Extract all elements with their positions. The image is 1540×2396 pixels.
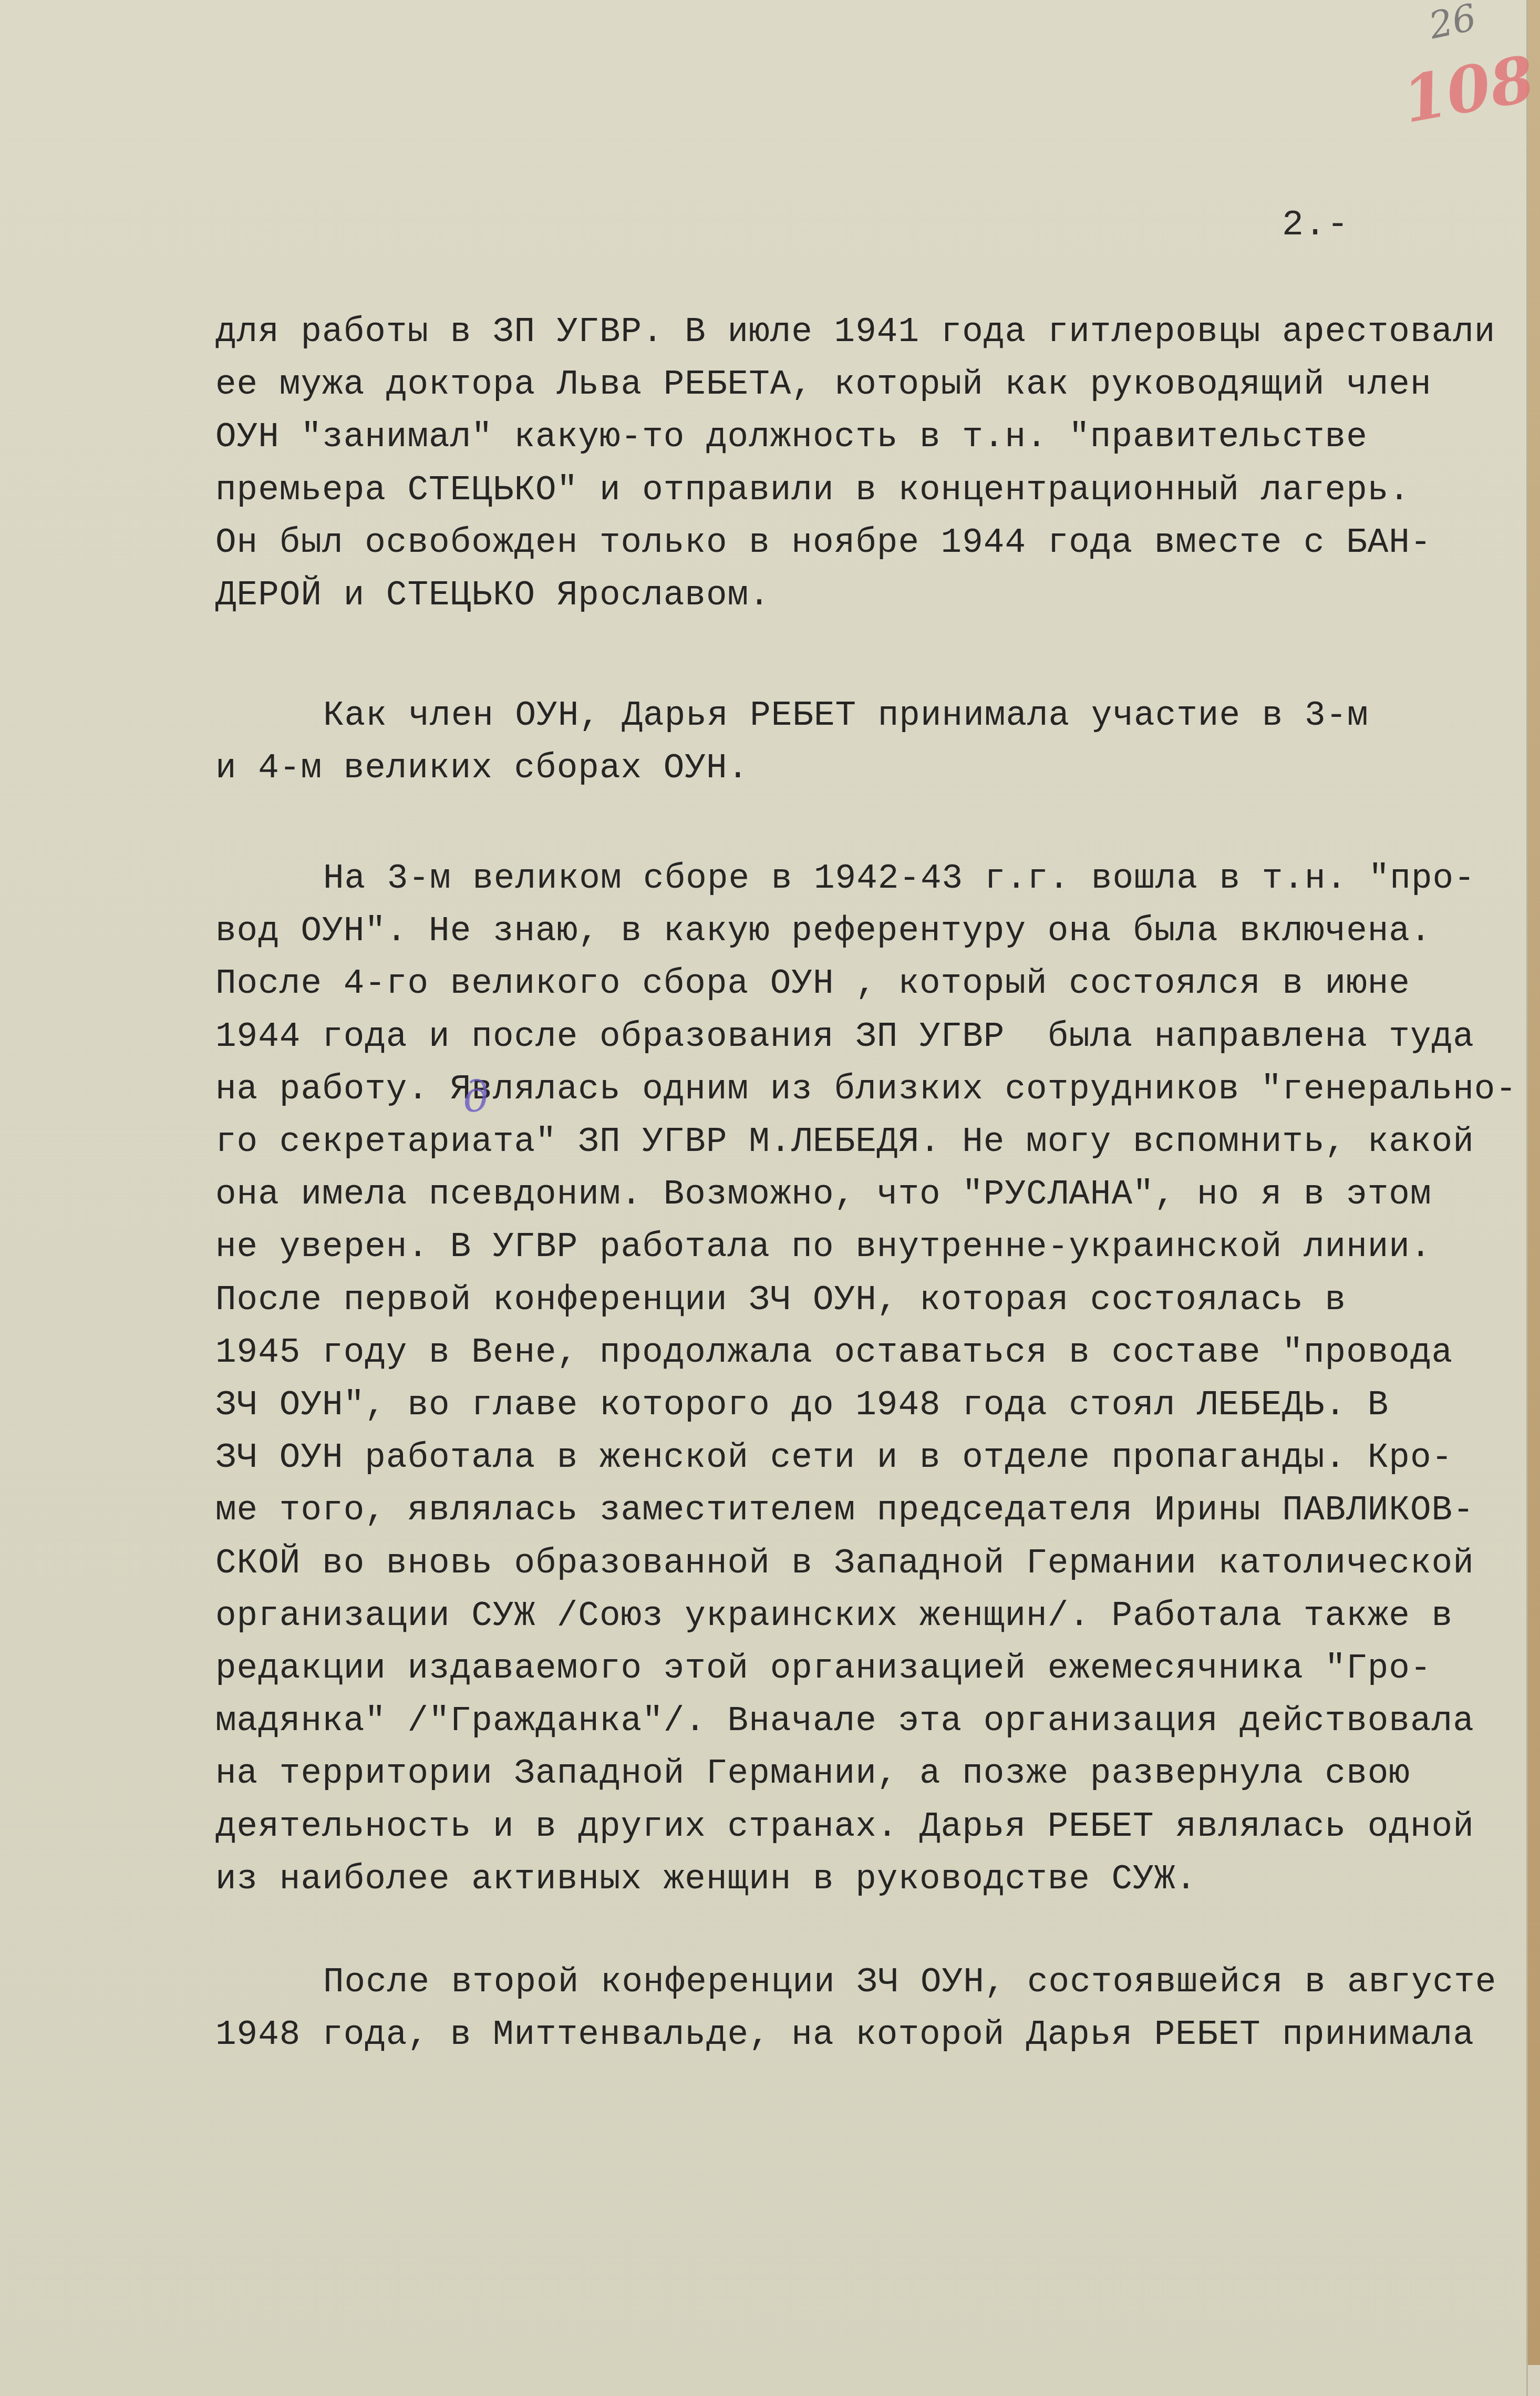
page-number: 2.- [1282,205,1349,245]
text-line: ДЕРОЙ и СТЕЦЬКО Ярославом. [215,574,770,616]
text-line: на территории Западной Германии, а позже… [215,1753,1410,1795]
text-line: она имела псевдоним. Возможно, что "РУСЛ… [215,1174,1432,1216]
text-line: для работы в ЗП УГВР. В июле 1941 года г… [215,311,1495,353]
folder-edge [1528,0,1540,2365]
text-line: ОУН "занимал" какую-то должность в т.н. … [215,416,1368,458]
text-line: Он был освобожден только в ноябре 1944 г… [215,522,1432,564]
text-line: организации СУЖ /Союз украинских женщин/… [215,1595,1453,1637]
text-line: премьера СТЕЦЬКО" и отправили в концентр… [215,469,1410,511]
text-line: из наиболее активных женщин в руководств… [215,1858,1197,1900]
text-line: ЗЧ ОУН работала в женской сети и в отдел… [215,1437,1453,1479]
text-line: ее мужа доктора Льва РЕБЕТА, который как… [215,364,1432,406]
text-line: на работу. Являлась одним из близких сот… [215,1068,1517,1110]
text-line: 1948 года, в Миттенвальде, на которой Да… [215,2014,1474,2056]
text-line: не уверен. В УГВР работала по внутренне-… [215,1226,1432,1268]
folder-edge-bottom [1528,2365,1540,2396]
text-line: мадянка" /"Гражданка"/. Вначале эта орга… [215,1700,1474,1742]
text-line: После 4-го великого сбора ОУН , который … [215,963,1410,1005]
text-line: После второй конференции ЗЧ ОУН, состояв… [323,1961,1496,2003]
text-line: го секретариата" ЗП УГВР М.ЛЕБЕДЯ. Не мо… [215,1121,1474,1163]
text-line: вод ОУН". Не знаю, в какую референтуру о… [215,910,1432,952]
text-line: и 4-м великих сборах ОУН. [215,747,749,789]
text-line: деятельность и в других странах. Дарья Р… [215,1806,1474,1848]
text-line: 1944 года и после образования ЗП УГВР бы… [215,1016,1474,1058]
text-line: Как член ОУН, Дарья РЕБЕТ принимала учас… [323,695,1369,737]
text-line: После первой конференции ЗЧ ОУН, которая… [215,1279,1346,1321]
text-line: ЗЧ ОУН", во главе которого до 1948 года … [215,1384,1389,1426]
text-line: редакции издаваемого этой организацией е… [215,1648,1432,1690]
text-line: 1945 году в Вене, продолжала оставаться … [215,1332,1453,1374]
text-line: СКОЙ во вновь образованной в Западной Ге… [215,1543,1474,1585]
text-line: ме того, являлась заместителем председат… [215,1489,1474,1531]
text-line: На 3-м великом сборе в 1942-43 г.г. вошл… [323,858,1475,900]
